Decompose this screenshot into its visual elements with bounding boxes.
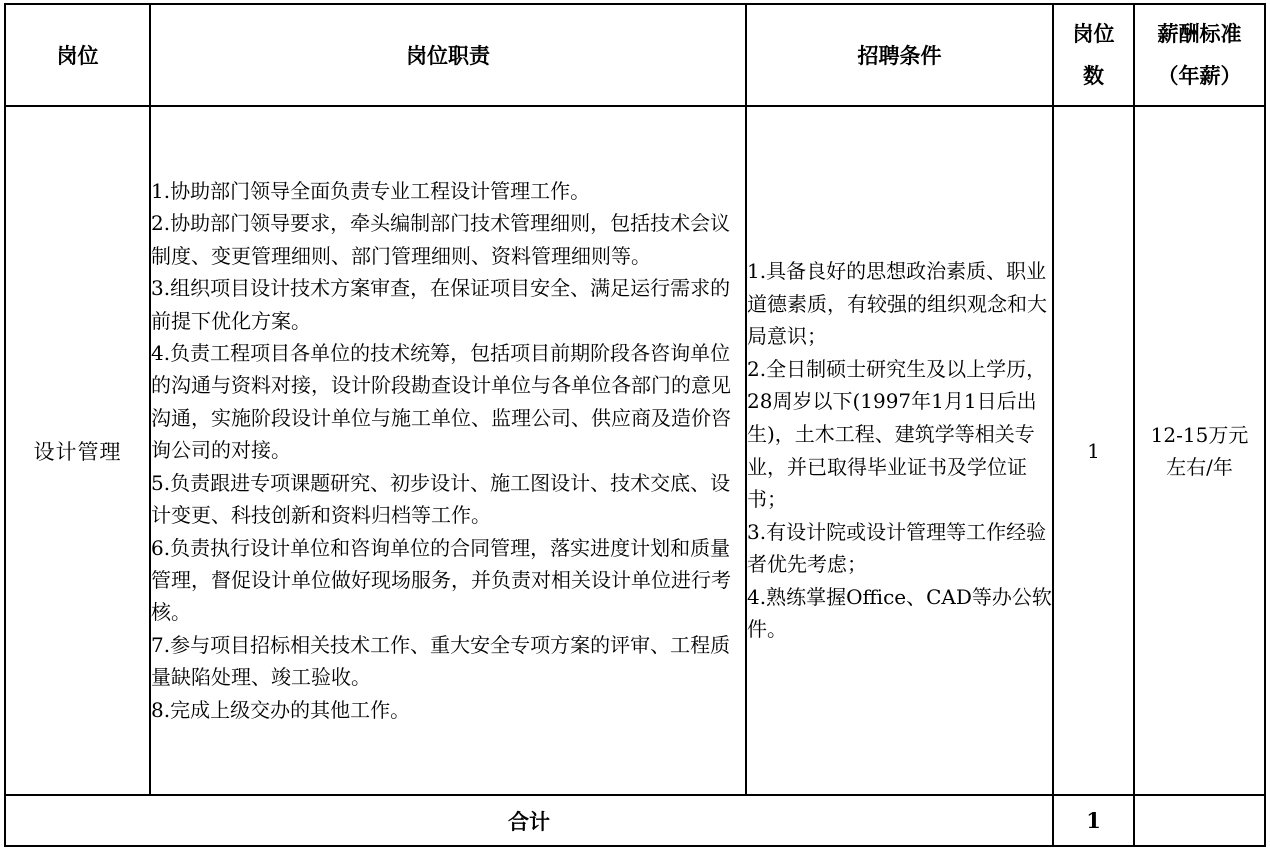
position-count-cell: 1 [1053,106,1134,795]
post-name-cell: 设计管理 [5,106,150,795]
header-count-line2: 数 [1054,55,1133,97]
requirements-cell: 1.具备良好的思想政治素质、职业道德素质，有较强的组织观念和大局意识； 2.全日… [746,106,1053,795]
header-requirements: 招聘条件 [746,4,1053,106]
total-label: 合计 [5,795,1053,846]
requirement-item: 2.全日制硕士研究生及以上学历，28周岁以下(1997年1月1日后出生)，土木工… [747,353,1052,516]
duty-item: 1.协助部门领导全面负责专业工程设计管理工作。 [151,175,745,207]
salary-cell: 12-15万元 左右/年 [1134,106,1265,795]
table-header-row: 岗位 岗位职责 招聘条件 岗位 数 薪酬标准 （年薪） [5,4,1265,106]
duty-item: 5.负责跟进专项课题研究、初步设计、施工图设计、技术交底、设计变更、科技创新和资… [151,467,745,532]
header-duties: 岗位职责 [150,4,746,106]
table-row: 设计管理 1.协助部门领导全面负责专业工程设计管理工作。 2.协助部门领导要求，… [5,106,1265,795]
requirement-item: 3.有设计院或设计管理等工作经验者优先考虑； [747,516,1052,581]
duties-cell: 1.协助部门领导全面负责专业工程设计管理工作。 2.协助部门领导要求，牵头编制部… [150,106,746,795]
total-salary [1134,795,1265,846]
header-salary: 薪酬标准 （年薪） [1134,4,1265,106]
recruitment-table: 岗位 岗位职责 招聘条件 岗位 数 薪酬标准 （年薪） 设计管理 1.协助部门领… [4,3,1266,847]
header-post: 岗位 [5,4,150,106]
header-count-line1: 岗位 [1054,13,1133,55]
requirement-item: 4.熟练掌握Office、CAD等办公软件。 [747,581,1052,646]
requirement-item: 1.具备良好的思想政治素质、职业道德素质，有较强的组织观念和大局意识； [747,255,1052,353]
total-row: 合计 1 [5,795,1265,846]
header-count: 岗位 数 [1053,4,1134,106]
duty-item: 7.参与项目招标相关技术工作、重大安全专项方案的评审、工程质量缺陷处理、竣工验收… [151,629,745,694]
duty-item: 3.组织项目设计技术方案审查，在保证项目安全、满足运行需求的前提下优化方案。 [151,272,745,337]
salary-range: 12-15万元 [1135,419,1264,451]
duty-item: 2.协助部门领导要求，牵头编制部门技术管理细则，包括技术会议制度、变更管理细则、… [151,207,745,272]
duty-item: 6.负责执行设计单位和咨询单位的合同管理，落实进度计划和质量管理，督促设计单位做… [151,532,745,629]
duty-item: 4.负责工程项目各单位的技术统筹，包括项目前期阶段各咨询单位的沟通与资料对接，设… [151,337,745,467]
total-count: 1 [1053,795,1134,846]
header-salary-line1: 薪酬标准 [1135,13,1264,55]
salary-unit: 左右/年 [1135,451,1264,483]
duty-item: 8.完成上级交办的其他工作。 [151,694,745,726]
header-salary-line2: （年薪） [1135,55,1264,97]
